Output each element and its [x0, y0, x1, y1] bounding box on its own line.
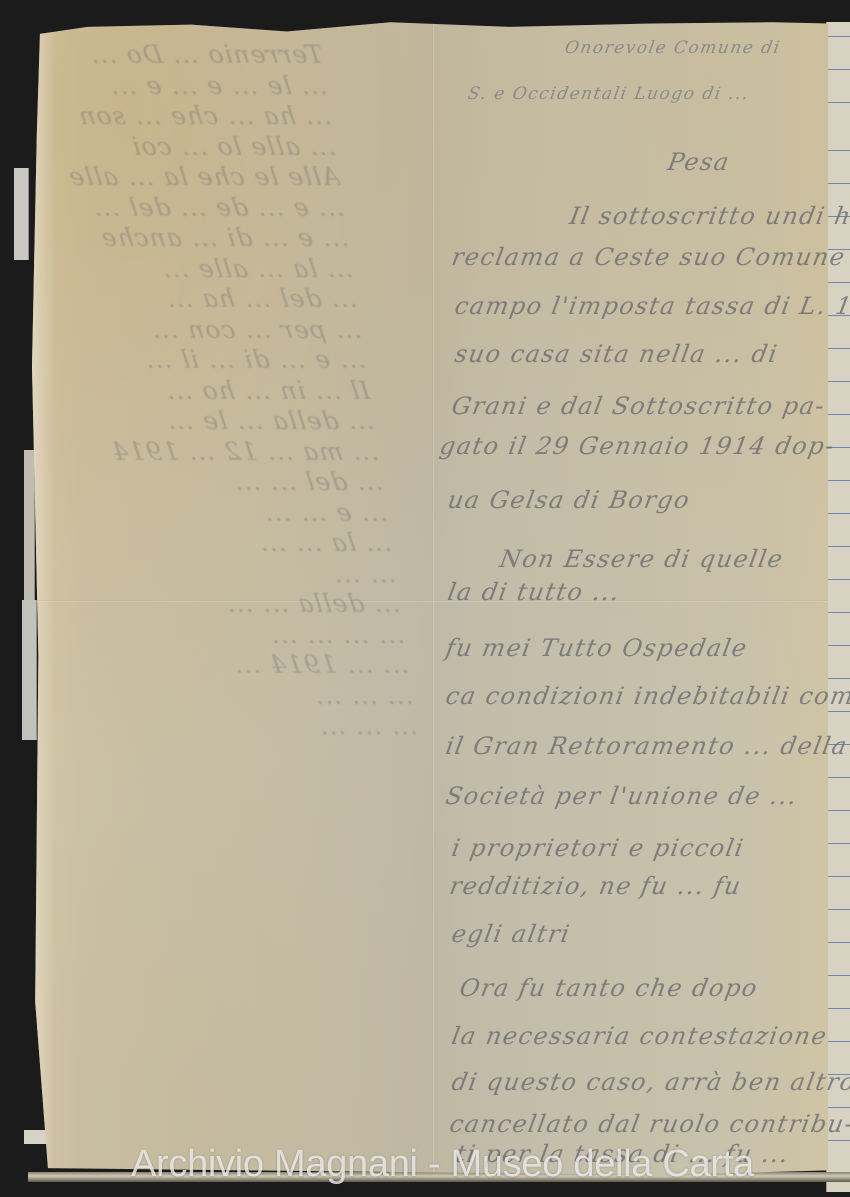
- letter-line: Grani e dal Sottoscritto pa-: [450, 392, 828, 420]
- letter-line: suo casa sita nella ... di: [453, 340, 781, 368]
- letter-line: ca condizioni indebitabili come: [444, 682, 850, 710]
- bleed-line: Terrenio ... Do ...: [0, 40, 325, 71]
- letter-line: fu mei Tutto Ospedale: [444, 634, 751, 662]
- bleed-line: Il ... in ... ho ...: [18, 376, 372, 407]
- letter-line: gato il 29 Gennaio 1914 dop-: [438, 432, 838, 460]
- letter-line: i proprietori e piccoli: [450, 834, 747, 862]
- letter-line: Il sottoscritto undi ha: [568, 202, 850, 230]
- letter-line: egli altri: [450, 920, 573, 948]
- letter-header-line: S. e Occidentali Luogo di ...: [466, 84, 751, 104]
- letter-salutation: Pesa: [666, 148, 733, 176]
- bleed-line: ... del ... ...: [31, 467, 385, 498]
- bleed-line: ... della ... ...: [48, 589, 402, 620]
- bleed-line: Alle le che la ... alle: [0, 162, 342, 193]
- letter-line: campo l'imposta tassa di L. 150: [453, 292, 850, 320]
- letter-line: Ora fu tanto che dopo: [458, 974, 761, 1002]
- bleed-line: ... le ... e ... e ...: [0, 71, 329, 102]
- letter-line: la necessaria contestazione: [450, 1022, 830, 1050]
- bleed-line: ... ma ... 12 ... 1914: [26, 437, 380, 468]
- letter-line: cancellato dal ruolo contribu-: [448, 1110, 850, 1138]
- bleed-line: ... ... 1914 ...: [56, 650, 410, 681]
- ruled-sheet-edge: [826, 22, 850, 1192]
- letter-header-line: Onorevole Comune di: [563, 38, 782, 58]
- bleed-line: ... la ... alle ...: [1, 254, 355, 285]
- bleed-line: ... alle lo ... coi: [0, 132, 338, 163]
- paper-tab: [22, 600, 37, 740]
- bleed-line: ... del ... ha ...: [5, 284, 359, 315]
- bleed-line: ... e ... di ... il ...: [14, 345, 368, 376]
- bleed-line: ... ... ...: [61, 681, 415, 712]
- letter-line: la di tutto ...: [446, 578, 623, 606]
- bleed-line: ... e ... di ... anche: [0, 223, 351, 254]
- letter-line: ua Gelsa di Borgo: [446, 486, 693, 514]
- letter-line: reclama a Ceste suo Comune: [450, 243, 849, 271]
- archive-watermark: Archivio Magnani - Museo della Carta: [131, 1143, 754, 1186]
- bleed-line: ... ...: [44, 559, 398, 590]
- bleed-line: ... la ... ...: [39, 528, 393, 559]
- bleed-line: ... della ... le ...: [22, 406, 376, 437]
- bleed-line: ... ha ... che ... son: [0, 101, 334, 132]
- document-scan: Terrenio ... Do ... ... le ... e ... e .…: [0, 0, 850, 1197]
- bleed-line: ... ... ...: [65, 711, 419, 742]
- letter-line: redditizio, ne fu ... fu: [448, 872, 744, 900]
- bleed-line: ... ... ... ...: [52, 620, 406, 651]
- bleed-line: ... e ... de ... del ...: [0, 193, 346, 224]
- letter-line: Non Essere di quelle: [498, 545, 786, 573]
- letter-line: Società per l'unione de ...: [444, 782, 801, 810]
- letter-line: di questo caso, arrà ben altro: [450, 1068, 850, 1096]
- bleed-line: ... per ... con ...: [9, 315, 363, 346]
- bleed-line: ... e ... ...: [35, 498, 389, 529]
- letter-line: il Gran Rettoramento ... della: [444, 732, 850, 760]
